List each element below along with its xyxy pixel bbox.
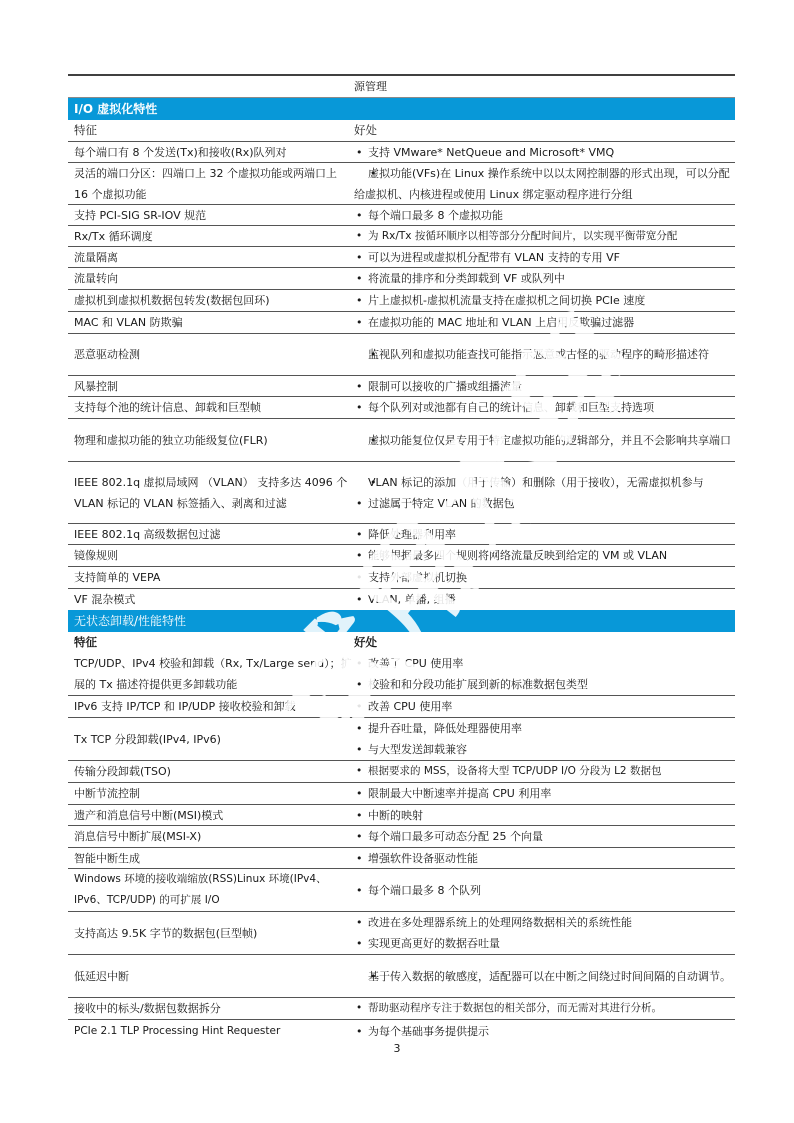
feature-cell: 每个端口有 8 个发送(Tx)和接收(Rx)队列对 xyxy=(68,142,352,163)
benefit-item: 校验和和分段功能扩展到新的标准数据包类型 xyxy=(354,674,735,695)
table-row: 接收中的标头/数据包数据拆分 帮助驱动程序专注于数据包的相关部分，而无需对其进行… xyxy=(68,998,735,1020)
benefit-item: 改善 CPU 使用率 xyxy=(354,696,735,717)
column-header-benefit: 好处 xyxy=(352,632,735,653)
table-row: Rx/Tx 循环调度 为 Rx/Tx 按循环顺序以相等部分分配时间片，以实现平衡… xyxy=(68,226,735,247)
feature-cell: 恶意驱动检测 xyxy=(68,344,352,365)
table-row: 流量隔离 可以为进程或虚拟机分配带有 VLAN 支持的专用 VF xyxy=(68,247,735,268)
table-row: IPv6 支持 IP/TCP 和 IP/UDP 接收校验和卸载 改善 CPU 使… xyxy=(68,696,735,718)
feature-cell: 接收中的标头/数据包数据拆分 xyxy=(68,998,352,1019)
feature-cell: 遗产和消息信号中断(MSI)模式 xyxy=(68,805,352,826)
feature-cell: 灵活的端口分区：四端口上 32 个虚拟功能或两端口上 16 个虚拟功能 xyxy=(68,163,352,205)
feature-cell: 中断节流控制 xyxy=(68,783,352,804)
feature-cell: 镜像规则 xyxy=(68,545,352,566)
table-row: 支持简单的 VEPA 支持外部虚拟机切换 xyxy=(68,567,735,589)
column-header-feature: 特征 xyxy=(68,120,352,141)
feature-cell: 虚拟机到虚拟机数据包转发(数据包回环) xyxy=(68,290,352,311)
feature-cell: Rx/Tx 循环调度 xyxy=(68,226,352,247)
feature-cell: 物理和虚拟功能的独立功能级复位(FLR) xyxy=(68,430,352,451)
table-row: 支持每个池的统计信息、卸载和巨型帧 每个队列对或池都有自己的统计信息、卸载和巨型… xyxy=(68,397,735,419)
table-row: 恶意驱动检测 监视队列和虚拟功能查找可能指示恶意或古怪的驱动程序的畸形描述符 xyxy=(68,334,735,376)
feature-cell: 低延迟中断 xyxy=(68,966,352,987)
feature-cell: 支持每个池的统计信息、卸载和巨型帧 xyxy=(68,397,352,418)
benefit-item: 每个端口最多 8 个虚拟功能 xyxy=(354,205,735,226)
table-row: VF 混杂模式 VLAN, 单播, 组播 xyxy=(68,589,735,610)
feature-cell: VF 混杂模式 xyxy=(68,589,352,610)
benefit-item: 根据要求的 MSS，设备将大型 TCP/UDP I/O 分段为 L2 数据包 xyxy=(354,761,735,782)
benefit-item: 限制最大中断速率并提高 CPU 利用率 xyxy=(354,783,735,804)
benefit-item: 中断的映射 xyxy=(354,805,735,826)
column-header-feature: 特征 xyxy=(68,632,352,653)
carryover-row: 源管理 xyxy=(68,76,735,98)
benefit-item: 虚拟功能(VFs)在 Linux 操作系统中以以太网控制器的形式出现，可以分配给… xyxy=(354,163,735,205)
benefit-item: VLAN, 单播, 组播 xyxy=(354,589,735,610)
table-row: 虚拟机到虚拟机数据包转发(数据包回环) 片上虚拟机-虚拟机流量支持在虚拟机之间切… xyxy=(68,290,735,312)
benefit-item: 为 Rx/Tx 按循环顺序以相等部分分配时间片，以实现平衡带宽分配 xyxy=(354,226,735,247)
benefit-item: 每个队列对或池都有自己的统计信息、卸载和巨型支持选项 xyxy=(354,397,735,418)
benefit-item: 过滤属于特定 VLAN 的数据包 xyxy=(354,493,735,514)
table-row: 流量转向 将流量的排序和分类卸载到 VF 或队列中 xyxy=(68,268,735,290)
benefit-item: 支持 VMware* NetQueue and Microsoft* VMQ xyxy=(354,142,735,163)
benefit-item: 提升吞吐量，降低处理器使用率 xyxy=(354,718,735,739)
benefit-item: 能够根据最多四个规则将网络流量反映到给定的 VM 或 VLAN xyxy=(354,545,735,566)
feature-cell: 消息信号中断扩展(MSI-X) xyxy=(68,826,352,847)
benefit-item: 基于传入数据的敏感度，适配器可以在中断之间绕过时间间隔的自动调节。 xyxy=(354,966,735,987)
column-header-benefit: 好处 xyxy=(352,120,735,141)
benefit-item: 监视队列和虚拟功能查找可能指示恶意或古怪的驱动程序的畸形描述符 xyxy=(354,344,735,365)
benefit-item: 增强软件设备驱动性能 xyxy=(354,848,735,869)
table-row: 灵活的端口分区：四端口上 32 个虚拟功能或两端口上 16 个虚拟功能 虚拟功能… xyxy=(68,163,735,205)
feature-cell: 风暴控制 xyxy=(68,376,352,397)
feature-cell: IEEE 802.1q 虚拟局域网 （VLAN） 支持多达 4096 个 VLA… xyxy=(68,472,352,514)
table-row: 遗产和消息信号中断(MSI)模式 中断的映射 xyxy=(68,805,735,826)
feature-cell: 智能中断生成 xyxy=(68,848,352,869)
table-row: 消息信号中断扩展(MSI-X) 每个端口最多可动态分配 25 个向量 xyxy=(68,826,735,848)
benefit-item: 片上虚拟机-虚拟机流量支持在虚拟机之间切换 PCIe 速度 xyxy=(354,290,735,311)
feature-cell: PCIe 2.1 TLP Processing Hint Requester xyxy=(68,1021,352,1042)
table-row: 智能中断生成 增强软件设备驱动性能 xyxy=(68,848,735,869)
benefit-item: 帮助驱动程序专注于数据包的相关部分，而无需对其进行分析。 xyxy=(354,998,735,1019)
feature-cell: Windows 环境的接收端缩放(RSS)Linux 环境(IPv4、IPv6、… xyxy=(68,869,352,911)
table-row: IEEE 802.1q 虚拟局域网 （VLAN） 支持多达 4096 个 VLA… xyxy=(68,462,735,524)
table-row: 传输分段卸载(TSO) 根据要求的 MSS，设备将大型 TCP/UDP I/O … xyxy=(68,761,735,783)
document-page: 源管理 I/O 虚拟化特性 特征 好处 每个端口有 8 个发送(Tx)和接收(R… xyxy=(0,0,794,1123)
benefit-item: VLAN 标记的添加（用于传输）和删除（用于接收），无需虚拟机参与 xyxy=(354,472,735,493)
feature-cell: 流量转向 xyxy=(68,268,352,289)
table-row: 风暴控制 限制可以接收的广播或组播流量 xyxy=(68,376,735,397)
benefit-item: 与大型发送卸载兼容 xyxy=(354,739,735,760)
benefit-item: 在虚拟功能的 MAC 地址和 VLAN 上启用反欺骗过滤器 xyxy=(354,312,735,333)
feature-cell: 支持高达 9.5K 字节的数据包(巨型帧) xyxy=(68,923,352,944)
feature-cell: IPv6 支持 IP/TCP 和 IP/UDP 接收校验和卸载 xyxy=(68,696,352,717)
table-row: IEEE 802.1q 高级数据包过滤 降低处理器利用率 xyxy=(68,524,735,545)
table-row: Windows 环境的接收端缩放(RSS)Linux 环境(IPv4、IPv6、… xyxy=(68,869,735,912)
table-row: TCP/UDP、IPv4 校验和卸载（Rx, Tx/Large send）；扩展… xyxy=(68,653,735,696)
section-title-io-virtualization: I/O 虚拟化特性 xyxy=(68,98,735,120)
feature-cell: 传输分段卸载(TSO) xyxy=(68,761,352,782)
feature-cell: 支持简单的 VEPA xyxy=(68,567,352,588)
benefit-item: 改善了 CPU 使用率 xyxy=(354,653,735,674)
table-row: 低延迟中断 基于传入数据的敏感度，适配器可以在中断之间绕过时间间隔的自动调节。 xyxy=(68,955,735,998)
table-row: 物理和虚拟功能的独立功能级复位(FLR) 虚拟功能复位仅是专用于特定虚拟功能的逻… xyxy=(68,419,735,462)
benefit-item: 降低处理器利用率 xyxy=(354,524,735,545)
table-row: 镜像规则 能够根据最多四个规则将网络流量反映到给定的 VM 或 VLAN xyxy=(68,545,735,567)
feature-cell: Tx TCP 分段卸载(IPv4, IPv6) xyxy=(68,729,352,750)
benefit-item: 将流量的排序和分类卸载到 VF 或队列中 xyxy=(354,268,735,289)
feature-cell: TCP/UDP、IPv4 校验和卸载（Rx, Tx/Large send）；扩展… xyxy=(68,653,352,695)
feature-cell: 流量隔离 xyxy=(68,247,352,268)
feature-cell: IEEE 802.1q 高级数据包过滤 xyxy=(68,524,352,545)
page-number: 3 xyxy=(0,1042,794,1055)
benefit-item: 实现更高更好的数据吞吐量 xyxy=(354,933,735,954)
table-row: Tx TCP 分段卸载(IPv4, IPv6) 提升吞吐量，降低处理器使用率 与… xyxy=(68,718,735,761)
section-title-stateless-offload: 无状态卸载/性能特性 xyxy=(68,610,735,632)
benefit-item: 限制可以接收的广播或组播流量 xyxy=(354,376,735,397)
feature-cell: MAC 和 VLAN 防欺骗 xyxy=(68,312,352,333)
benefit-item: 可以为进程或虚拟机分配带有 VLAN 支持的专用 VF xyxy=(354,247,735,268)
benefit-item: 每个端口最多 8 个队列 xyxy=(354,880,735,901)
table-row: PCIe 2.1 TLP Processing Hint Requester 为… xyxy=(68,1020,735,1042)
feature-cell: 支持 PCI-SIG SR-IOV 规范 xyxy=(68,205,352,226)
carryover-benefit: 源管理 xyxy=(352,76,735,97)
feature-table: 源管理 I/O 虚拟化特性 特征 好处 每个端口有 8 个发送(Tx)和接收(R… xyxy=(68,74,735,1042)
benefit-item: 每个端口最多可动态分配 25 个向量 xyxy=(354,826,735,847)
table-row: 中断节流控制 限制最大中断速率并提高 CPU 利用率 xyxy=(68,783,735,805)
table-row: MAC 和 VLAN 防欺骗 在虚拟功能的 MAC 地址和 VLAN 上启用反欺… xyxy=(68,312,735,334)
column-header-row: 特征 好处 xyxy=(68,632,735,653)
benefit-item: 虚拟功能复位仅是专用于特定虚拟功能的逻辑部分，并且不会影响共享端口 xyxy=(354,430,735,451)
table-row: 支持 PCI-SIG SR-IOV 规范 每个端口最多 8 个虚拟功能 xyxy=(68,205,735,226)
benefit-item: 支持外部虚拟机切换 xyxy=(354,567,735,588)
column-header-row: 特征 好处 xyxy=(68,120,735,142)
benefit-item: 改进在多处理器系统上的处理网络数据相关的系统性能 xyxy=(354,912,735,933)
table-row: 支持高达 9.5K 字节的数据包(巨型帧) 改进在多处理器系统上的处理网络数据相… xyxy=(68,912,735,955)
table-row: 每个端口有 8 个发送(Tx)和接收(Rx)队列对 支持 VMware* Net… xyxy=(68,142,735,163)
benefit-item: 为每个基础事务提供提示 xyxy=(354,1021,735,1042)
